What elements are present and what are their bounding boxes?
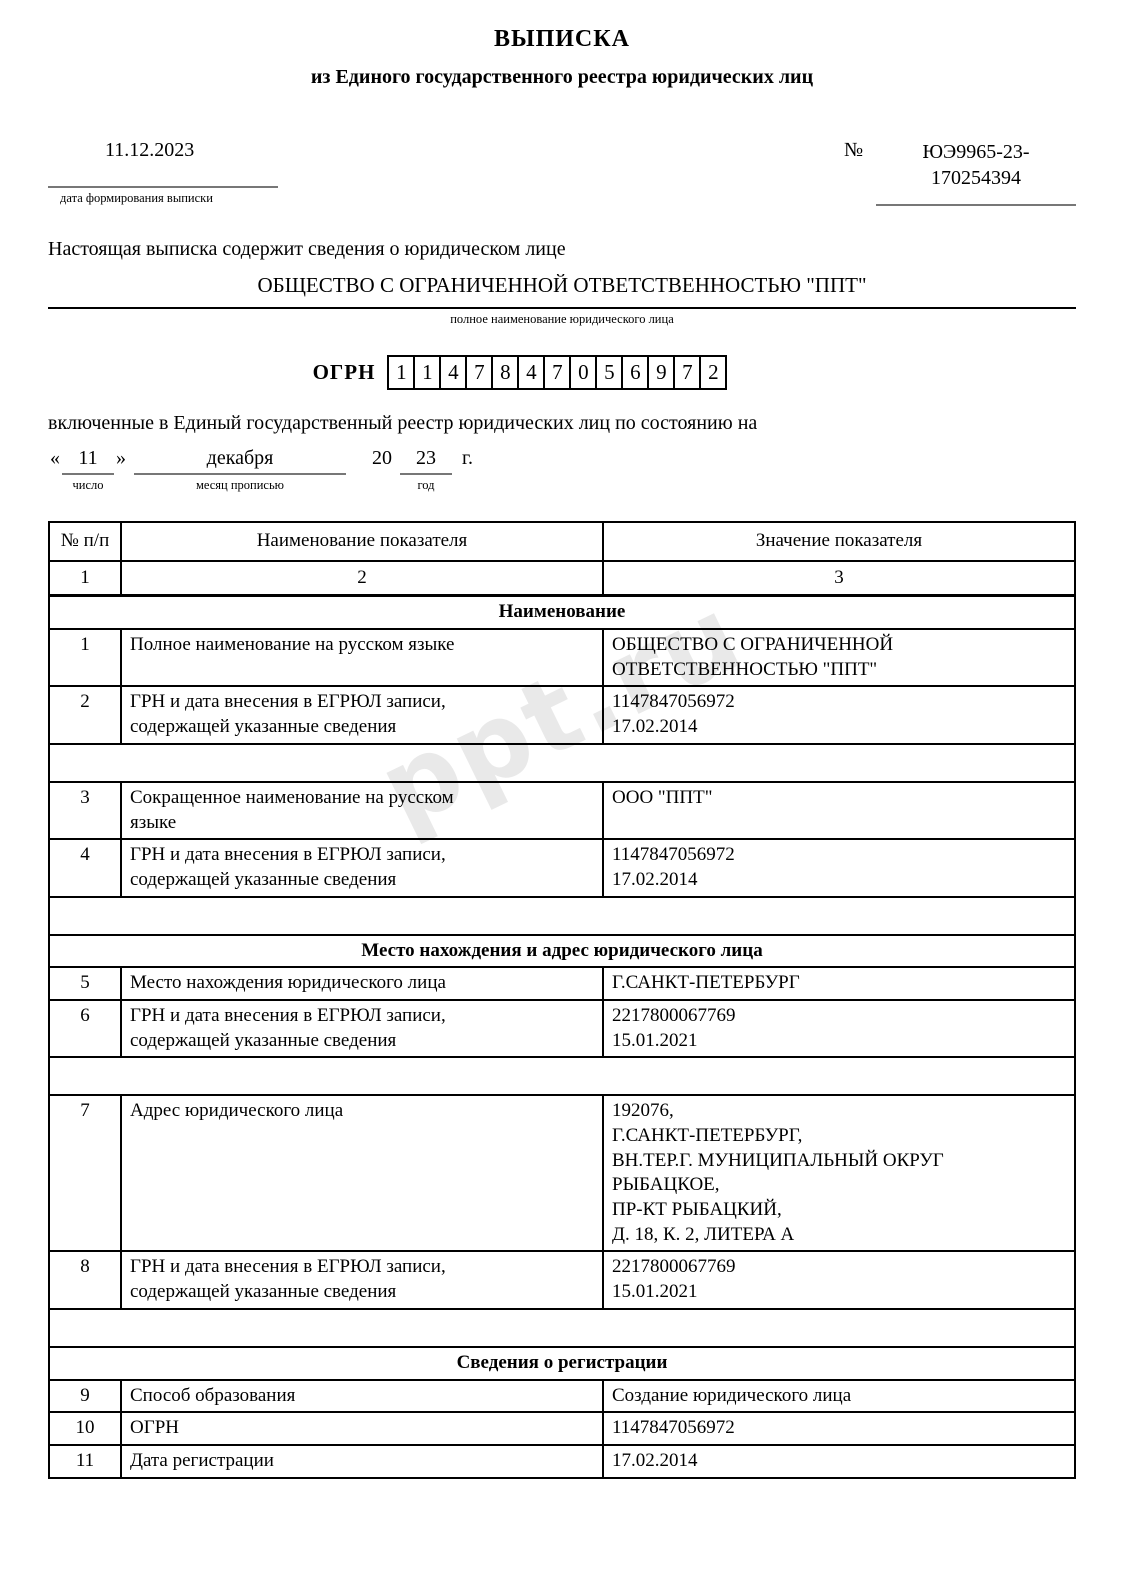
row-number: 9	[49, 1380, 121, 1413]
row-value: 2217800067769 15.01.2021	[603, 1000, 1075, 1057]
row-number: 11	[49, 1445, 121, 1478]
as-of-dateline: « 11 число » декабря месяц прописью 20 2…	[48, 447, 1076, 493]
row-value: ООО "ППТ"	[603, 782, 1075, 839]
row-name: ГРН и дата внесения в ЕГРЮЛ записи, соде…	[121, 839, 603, 896]
extract-number: ЮЭ9965-23- 170254394	[876, 139, 1076, 206]
as-of-year: 23	[400, 447, 452, 475]
table-header-row: № п/п Наименование показателя Значение п…	[49, 522, 1075, 561]
as-of-day: 11	[62, 447, 114, 475]
ogrn-digit-box: 7	[543, 355, 571, 390]
extract-number-block: № ЮЭ9965-23- 170254394	[844, 139, 1076, 206]
ogrn-digit-box: 8	[491, 355, 519, 390]
row-name: Полное наименование на русском языке	[121, 629, 603, 686]
extract-number-line1: ЮЭ9965-23-	[876, 139, 1076, 165]
as-of-century: 20	[372, 447, 392, 470]
spacer-cell	[49, 744, 1075, 782]
formation-date-underline: 11.12.2023	[48, 139, 278, 188]
ogrn-digit-box: 4	[517, 355, 545, 390]
row-value: Создание юридического лица	[603, 1380, 1075, 1413]
ogrn-digit-box: 9	[647, 355, 675, 390]
header-value: Значение показателя	[603, 522, 1075, 561]
row-name: ГРН и дата внесения в ЕГРЮЛ записи, соде…	[121, 1251, 603, 1308]
section-title: Сведения о регистрации	[49, 1347, 1075, 1380]
meta-row: 11.12.2023 дата формирования выписки № Ю…	[48, 139, 1076, 206]
formation-date: 11.12.2023	[48, 139, 278, 162]
ogrn-row: ОГРН 1147847056972	[48, 355, 992, 390]
row-value: Г.САНКТ-ПЕТЕРБУРГ	[603, 967, 1075, 1000]
row-name: Дата регистрации	[121, 1445, 603, 1478]
col-number-1: 1	[49, 561, 121, 596]
spacer-cell	[49, 1309, 1075, 1347]
row-value: ОБЩЕСТВО С ОГРАНИЧЕННОЙ ОТВЕТСТВЕННОСТЬЮ…	[603, 629, 1075, 686]
row-number: 8	[49, 1251, 121, 1308]
row-number: 2	[49, 686, 121, 743]
table-row: 1Полное наименование на русском языкеОБЩ…	[49, 629, 1075, 686]
row-name: Способ образования	[121, 1380, 603, 1413]
document-subtitle: из Единого государственного реестра юрид…	[48, 66, 1076, 89]
row-number: 6	[49, 1000, 121, 1057]
column-number-row: 1 2 3	[49, 561, 1075, 596]
header-name: Наименование показателя	[121, 522, 603, 561]
included-line: включенные в Единый государственный реес…	[48, 412, 1076, 435]
as-of-day-field: 11 число	[62, 447, 114, 493]
table-section-row: Место нахождения и адрес юридического ли…	[49, 935, 1075, 968]
row-name: Сокращенное наименование на русском язык…	[121, 782, 603, 839]
month-caption: месяц прописью	[134, 478, 346, 493]
table-section-row: Сведения о регистрации	[49, 1347, 1075, 1380]
row-name: Место нахождения юридического лица	[121, 967, 603, 1000]
table-row: 8ГРН и дата внесения в ЕГРЮЛ записи, сод…	[49, 1251, 1075, 1308]
row-value: 1147847056972 17.02.2014	[603, 839, 1075, 896]
row-name: ГРН и дата внесения в ЕГРЮЛ записи, соде…	[121, 686, 603, 743]
table-row: 4ГРН и дата внесения в ЕГРЮЛ записи, сод…	[49, 839, 1075, 896]
open-quote: «	[48, 447, 62, 470]
row-number: 1	[49, 629, 121, 686]
formation-date-block: 11.12.2023 дата формирования выписки	[48, 139, 278, 206]
row-value: 1147847056972 17.02.2014	[603, 686, 1075, 743]
row-value: 2217800067769 15.01.2021	[603, 1251, 1075, 1308]
ogrn-digit-box: 4	[439, 355, 467, 390]
col-number-3: 3	[603, 561, 1075, 596]
table-row: 2ГРН и дата внесения в ЕГРЮЛ записи, сод…	[49, 686, 1075, 743]
ogrn-label: ОГРН	[313, 360, 376, 385]
row-number: 3	[49, 782, 121, 839]
ogrn-digit-box: 7	[465, 355, 493, 390]
ogrn-digit-box: 1	[387, 355, 415, 390]
year-suffix: г.	[462, 447, 473, 470]
row-value: 192076, Г.САНКТ-ПЕТЕРБУРГ, ВН.ТЕР.Г. МУН…	[603, 1095, 1075, 1251]
document-title: ВЫПИСКА	[48, 26, 1076, 53]
ogrn-digit-box: 1	[413, 355, 441, 390]
as-of-month: декабря	[134, 447, 346, 475]
company-name-caption: полное наименование юридического лица	[48, 312, 1076, 327]
section-title: Наименование	[49, 596, 1075, 629]
row-number: 4	[49, 839, 121, 896]
spacer-cell	[49, 897, 1075, 935]
egrul-table: № п/п Наименование показателя Значение п…	[48, 521, 1076, 1479]
formation-date-caption: дата формирования выписки	[48, 191, 278, 206]
table-row: 5Место нахождения юридического лицаГ.САН…	[49, 967, 1075, 1000]
table-row: 11Дата регистрации17.02.2014	[49, 1445, 1075, 1478]
document-content: ВЫПИСКА из Единого государственного реес…	[0, 0, 1132, 1479]
ogrn-digit-box: 6	[621, 355, 649, 390]
ogrn-digit-box: 0	[569, 355, 597, 390]
table-section-row: Наименование	[49, 596, 1075, 629]
extract-number-line2: 170254394	[876, 165, 1076, 191]
section-title: Место нахождения и адрес юридического ли…	[49, 935, 1075, 968]
col-number-2: 2	[121, 561, 603, 596]
ogrn-digit-box: 5	[595, 355, 623, 390]
day-caption: число	[62, 478, 114, 493]
table-spacer-row	[49, 1309, 1075, 1347]
table-row: 6ГРН и дата внесения в ЕГРЮЛ записи, сод…	[49, 1000, 1075, 1057]
header-num: № п/п	[49, 522, 121, 561]
table-spacer-row	[49, 1057, 1075, 1095]
table-spacer-row	[49, 897, 1075, 935]
egrul-table-body: № п/п Наименование показателя Значение п…	[49, 522, 1075, 1478]
row-value: 17.02.2014	[603, 1445, 1075, 1478]
close-quote: »	[114, 447, 128, 470]
table-row: 3Сокращенное наименование на русском язы…	[49, 782, 1075, 839]
ogrn-digit-box: 2	[699, 355, 727, 390]
intro-line: Настоящая выписка содержит сведения о юр…	[48, 238, 1076, 261]
as-of-year-field: 23 год	[400, 447, 452, 493]
number-sign: №	[844, 139, 876, 206]
table-row: 7Адрес юридического лица192076, Г.САНКТ-…	[49, 1095, 1075, 1251]
table-row: 10ОГРН1147847056972	[49, 1412, 1075, 1445]
row-name: ОГРН	[121, 1412, 603, 1445]
as-of-month-field: декабря месяц прописью	[134, 447, 346, 493]
table-row: 9Способ образованияСоздание юридического…	[49, 1380, 1075, 1413]
company-full-name: ОБЩЕСТВО С ОГРАНИЧЕННОЙ ОТВЕТСТВЕННОСТЬЮ…	[48, 273, 1076, 309]
row-name: ГРН и дата внесения в ЕГРЮЛ записи, соде…	[121, 1000, 603, 1057]
ogrn-boxes: 1147847056972	[387, 355, 727, 390]
spacer-cell	[49, 1057, 1075, 1095]
table-spacer-row	[49, 744, 1075, 782]
ogrn-digit-box: 7	[673, 355, 701, 390]
year-caption: год	[400, 478, 452, 493]
row-value: 1147847056972	[603, 1412, 1075, 1445]
document-page: ppt.ru ВЫПИСКА из Единого государственно…	[0, 0, 1132, 1574]
row-number: 7	[49, 1095, 121, 1251]
row-number: 10	[49, 1412, 121, 1445]
row-name: Адрес юридического лица	[121, 1095, 603, 1251]
row-number: 5	[49, 967, 121, 1000]
